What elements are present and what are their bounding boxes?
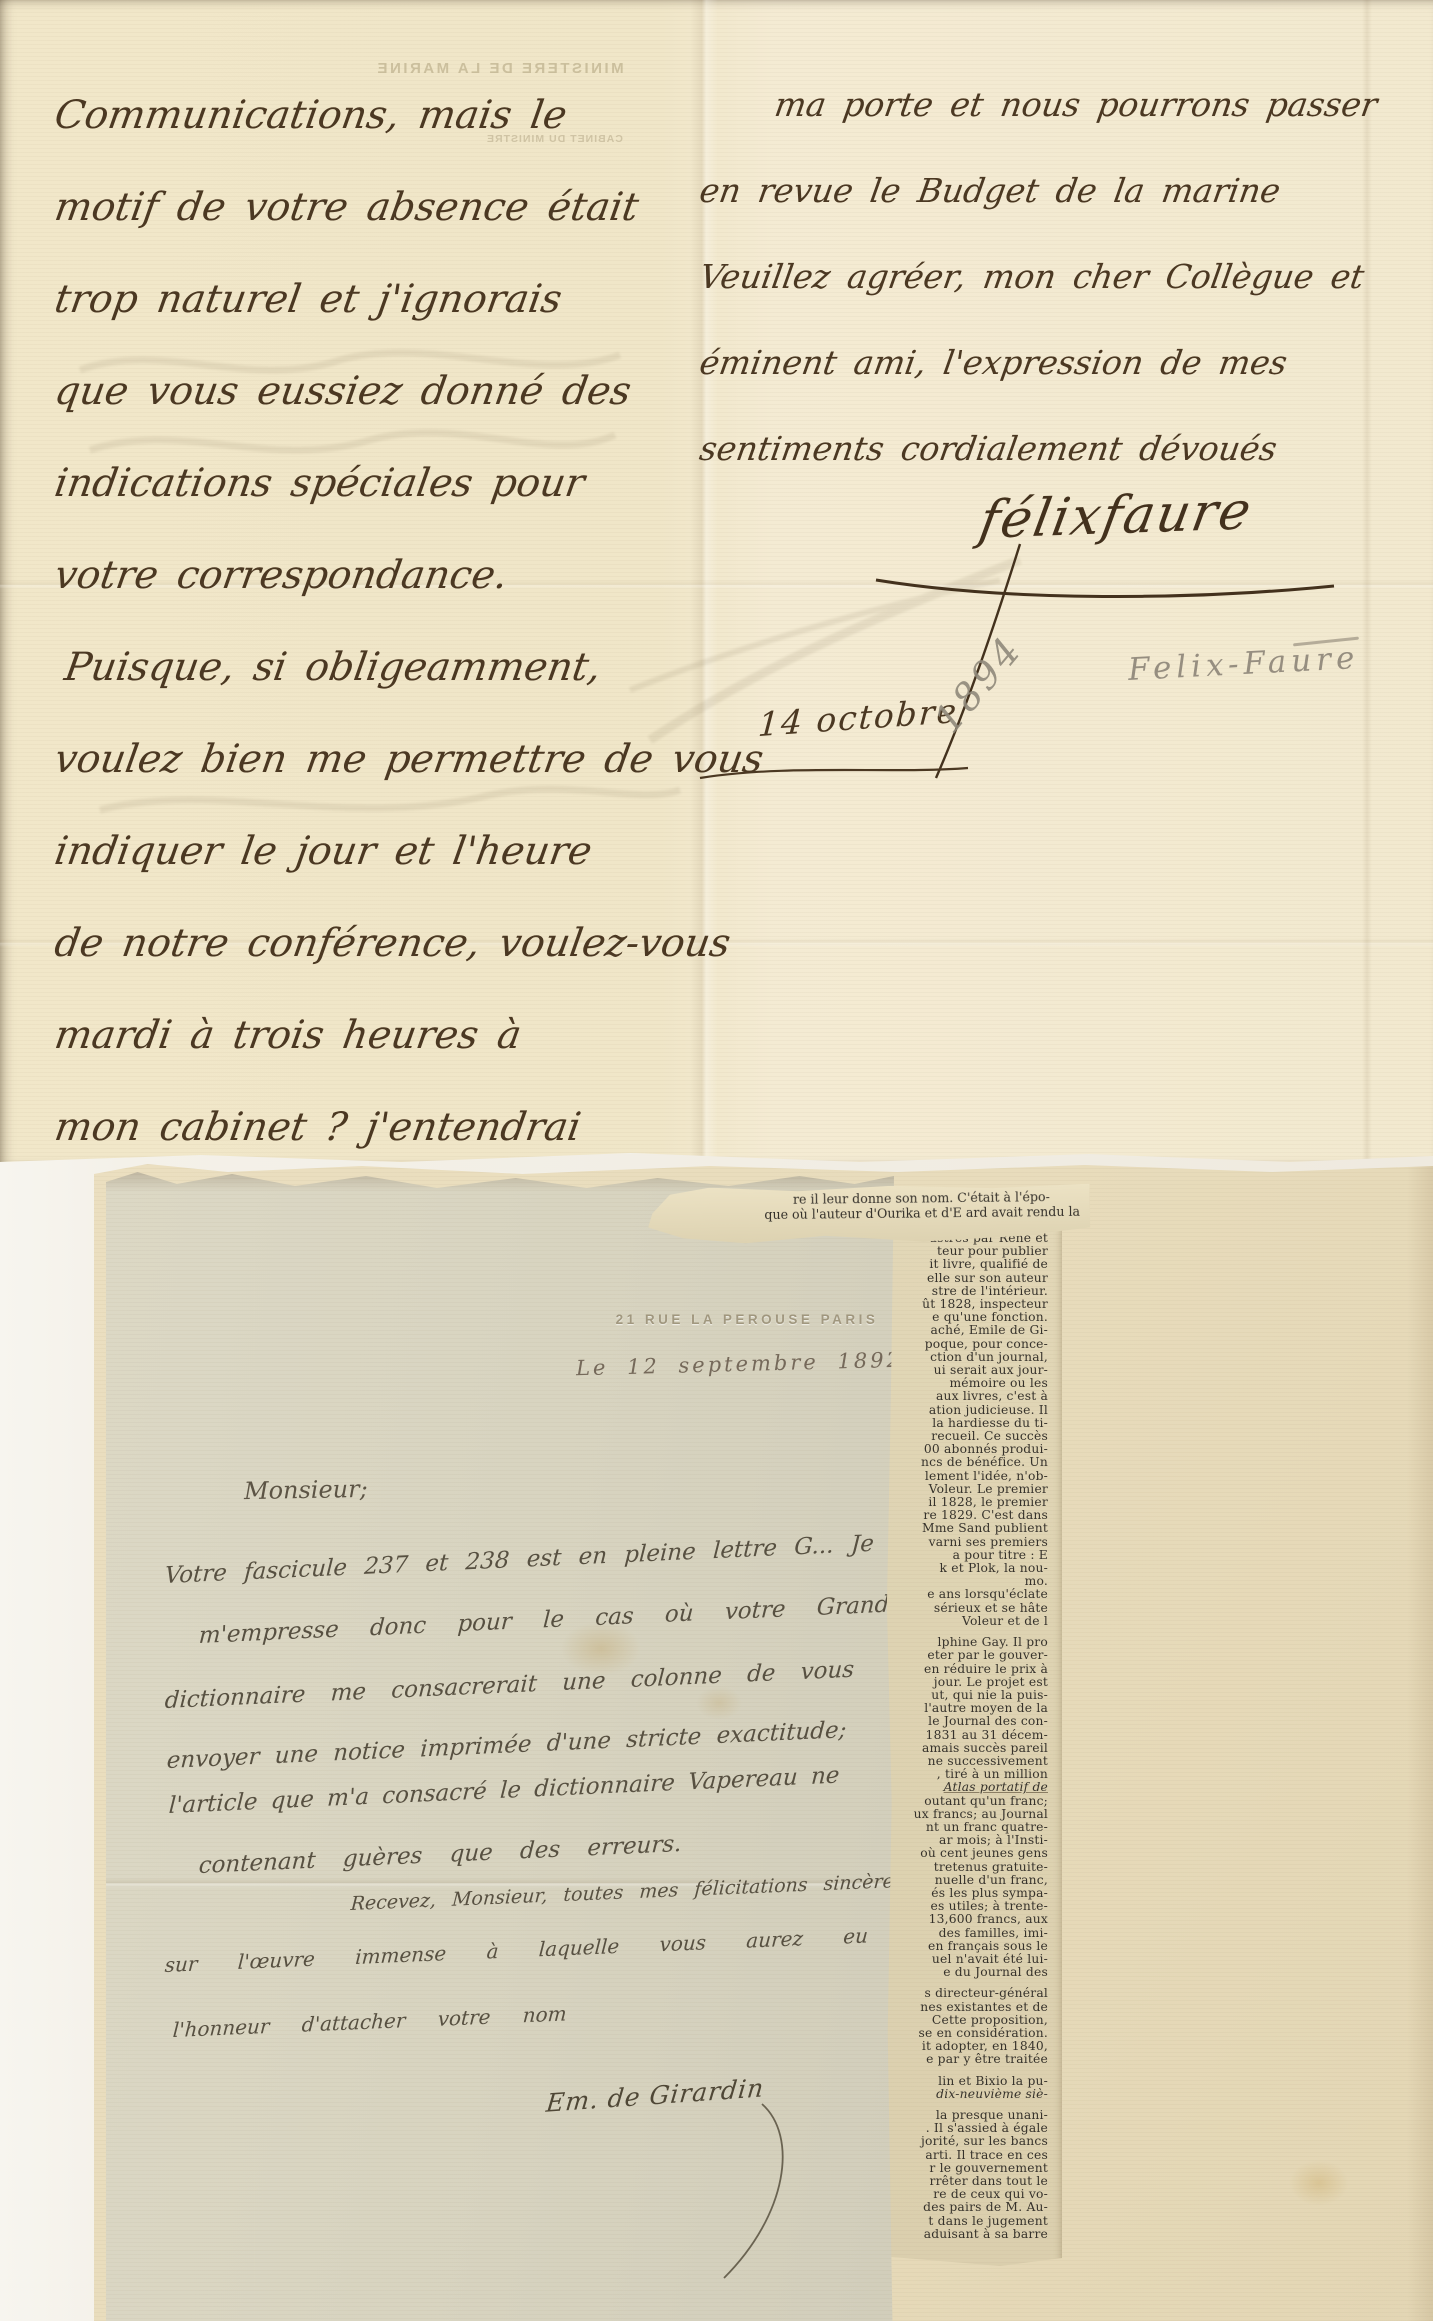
handwritten-line: en revue le Budget de la marine: [693, 148, 1417, 234]
clipping-top-fragment: re il leur donne son nom. C'était à l'ép…: [648, 1184, 1091, 1245]
faure-letter-sheet: MINISTERE DE LA MARINE CABINET DU MINIST…: [0, 0, 1433, 1162]
clipping-text-line: que où l'auteur d'Ourika et d'E ard avai…: [648, 1204, 1080, 1223]
handwritten-line: Puisque, si obligeamment,: [58, 622, 713, 714]
girardin-letter-sheet: 21 RUE LA PEROUSE PARIS Le 12 septembre …: [106, 1166, 894, 2321]
pencil-annotation: Felix-Faure: [1127, 640, 1360, 688]
letter-body-line: contenant guères que des erreurs.: [198, 1831, 682, 1879]
letter-body-line: m'empresse donc pour le cas où votre Gra…: [198, 1592, 890, 1649]
handwritten-line: Veuillez agréer, mon cher Collègue et: [693, 234, 1417, 320]
handwritten-line: que vous eussiez donné des: [48, 346, 713, 438]
handwritten-line: ma porte et nous pourrons passer: [693, 62, 1417, 148]
letter-body-line: dictionnaire me consacrerait une colonne…: [164, 1657, 855, 1714]
scanned-document: ustrés par René etteur pour publierit li…: [0, 0, 1433, 2321]
handwritten-line: de notre conférence, voulez-vous: [48, 898, 713, 990]
signature-flourish: [666, 2096, 806, 2286]
foxing-stain: [1289, 2160, 1349, 2206]
letter-body-line: l'article que m'a consacré le dictionnai…: [168, 1762, 840, 1819]
handwritten-line: motif de votre absence était: [48, 162, 713, 254]
handwritten-line: Communications, mais le: [48, 70, 713, 162]
handwritten-line: indications spéciales pour: [48, 438, 713, 530]
left-text-column: Communications, mais lemotif de votre ab…: [55, 70, 705, 1174]
handwritten-line: voulez bien me permettre de vous: [48, 714, 713, 806]
handwritten-line: éminent ami, l'expression de mes: [693, 320, 1417, 406]
letter-body-line: envoyer une notice imprimée d'une strict…: [166, 1717, 847, 1774]
handwritten-line: sentiments cordialement dévoués: [693, 406, 1417, 492]
letter-body-line: Votre fascicule 237 et 238 est en pleine…: [164, 1531, 875, 1589]
date-underline: [694, 760, 976, 786]
handwritten-line: votre correspondance.: [48, 530, 713, 622]
handwritten-line: trop naturel et j'ignorais: [48, 254, 713, 346]
handwritten-line: mardi à trois heures à: [48, 990, 713, 1082]
page-edge-shading: [1407, 1160, 1433, 2321]
right-text-column: ma porte et nous pourrons passeren revue…: [700, 62, 1410, 492]
handwritten-line: indiquer le jour et l'heure: [48, 806, 713, 898]
